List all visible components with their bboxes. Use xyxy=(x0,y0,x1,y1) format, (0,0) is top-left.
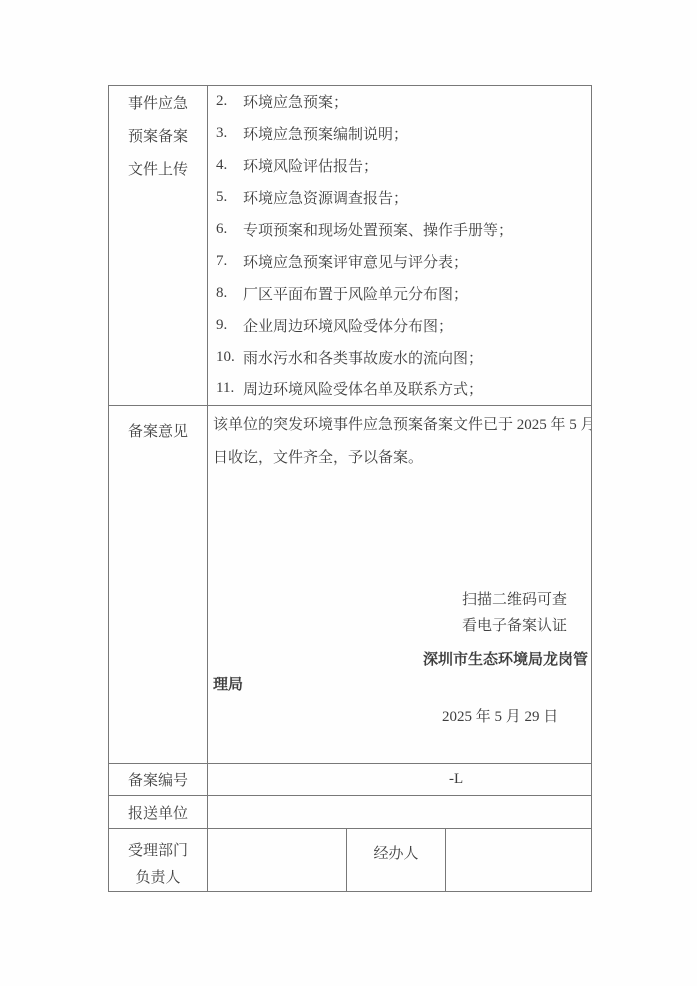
item-text: 专项预案和现场处置预案、操作手册等； xyxy=(243,219,513,240)
opinion-body-line-1: 该单位的突发环境事件应急预案备案文件已于 2025 年 5 月 29 xyxy=(213,409,586,442)
submit-unit-cell xyxy=(208,796,591,828)
opinion-body-text: 该单位的突发环境事件应急预案备案文件已于 2025 年 5 月 29 日收讫，文… xyxy=(208,406,591,474)
item-number: 8. xyxy=(216,285,243,302)
handler-row: 受理部门 负责人 经办人 xyxy=(109,828,591,891)
accepting-dept-value-cell xyxy=(208,829,347,891)
item-text: 周边环境风险受体名单及联系方式； xyxy=(243,378,483,399)
item-text: 环境应急预案编制说明； xyxy=(243,123,408,144)
upload-list-item: 10. 雨水污水和各类事故废水的流向图； xyxy=(208,341,591,373)
item-number: 3. xyxy=(216,125,243,142)
upload-files-row: 事件应急 预案备案 文件上传 2. 环境应急预案； 3. 环境应急预案编制说明；… xyxy=(109,86,591,405)
upload-list-item: 3. 环境应急预案编制说明； xyxy=(208,118,591,150)
item-text: 环境应急预案； xyxy=(243,91,348,112)
item-number: 9. xyxy=(216,317,243,334)
filing-opinion-row: 备案意见 该单位的突发环境事件应急预案备案文件已于 2025 年 5 月 29 … xyxy=(109,405,591,763)
filing-opinion-cell: 该单位的突发环境事件应急预案备案文件已于 2025 年 5 月 29 日收讫，文… xyxy=(208,406,591,763)
upload-list-item: 7. 环境应急预案评审意见与评分表； xyxy=(208,245,591,277)
upload-label-line: 文件上传 xyxy=(109,152,207,185)
item-number: 10. xyxy=(216,349,243,366)
item-text: 企业周边环境风险受体分布图； xyxy=(243,315,453,336)
accepting-dept-label: 受理部门 负责人 xyxy=(109,829,208,891)
upload-list-item: 6. 专项预案和现场处置预案、操作手册等； xyxy=(208,214,591,246)
opinion-body-line-2: 日收讫，文件齐全，予以备案。 xyxy=(213,442,586,475)
agency-name-line-1: 深圳市生态环境局龙岗管 xyxy=(423,652,588,668)
item-text: 厂区平面布置于风险单元分布图； xyxy=(243,283,468,304)
filing-number-row: 备案编号 -L xyxy=(109,763,591,795)
item-text: 环境应急预案评审意见与评分表； xyxy=(243,251,468,272)
upload-label-line: 预案备案 xyxy=(109,119,207,152)
item-text: 环境风险评估报告； xyxy=(243,155,378,176)
upload-list-item: 8. 厂区平面布置于风险单元分布图； xyxy=(208,277,591,309)
agency-name-line-2: 理局 xyxy=(213,677,243,693)
submit-unit-row: 报送单位 xyxy=(109,795,591,828)
submit-unit-label: 报送单位 xyxy=(109,796,208,828)
filing-number-label: 备案编号 xyxy=(109,764,208,795)
operator-label: 经办人 xyxy=(347,829,446,891)
item-text: 雨水污水和各类事故废水的流向图； xyxy=(243,347,483,368)
upload-files-list: 2. 环境应急预案； 3. 环境应急预案编制说明； 4. 环境风险评估报告； 5… xyxy=(208,86,591,405)
filing-opinion-label: 备案意见 xyxy=(109,406,208,763)
item-number: 4. xyxy=(216,157,243,174)
upload-list-item: 9. 企业周边环境风险受体分布图； xyxy=(208,309,591,341)
upload-files-label: 事件应急 预案备案 文件上传 xyxy=(109,86,208,405)
scanned-filing-document: { "document": { "upload_row": { "label_l… xyxy=(0,0,697,986)
upload-list-item: 5. 环境应急资源调查报告； xyxy=(208,182,591,214)
upload-list-item: 11. 周边环境风险受体名单及联系方式； xyxy=(208,373,591,405)
item-number: 11. xyxy=(216,380,243,397)
filing-number-value: -L xyxy=(449,764,463,795)
item-number: 2. xyxy=(216,93,243,110)
item-number: 5. xyxy=(216,189,243,206)
accepting-dept-label-line-2: 负责人 xyxy=(109,863,207,890)
filing-number-cell: -L xyxy=(208,764,591,795)
item-number: 6. xyxy=(216,221,243,238)
qr-note-line-1: 扫描二维码可查 xyxy=(462,592,567,608)
upload-list-item: 2. 环境应急预案； xyxy=(208,86,591,118)
item-text: 环境应急资源调查报告； xyxy=(243,187,408,208)
qr-note-line-2: 看电子备案认证 xyxy=(462,618,567,634)
item-number: 7. xyxy=(216,253,243,270)
filing-form-table: 事件应急 预案备案 文件上传 2. 环境应急预案； 3. 环境应急预案编制说明；… xyxy=(108,85,592,892)
upload-label-line: 事件应急 xyxy=(109,86,207,119)
upload-list-item: 4. 环境风险评估报告； xyxy=(208,150,591,182)
accepting-dept-label-line-1: 受理部门 xyxy=(109,836,207,863)
operator-value-cell xyxy=(446,829,591,891)
filing-date: 2025 年 5 月 29 日 xyxy=(442,709,558,725)
